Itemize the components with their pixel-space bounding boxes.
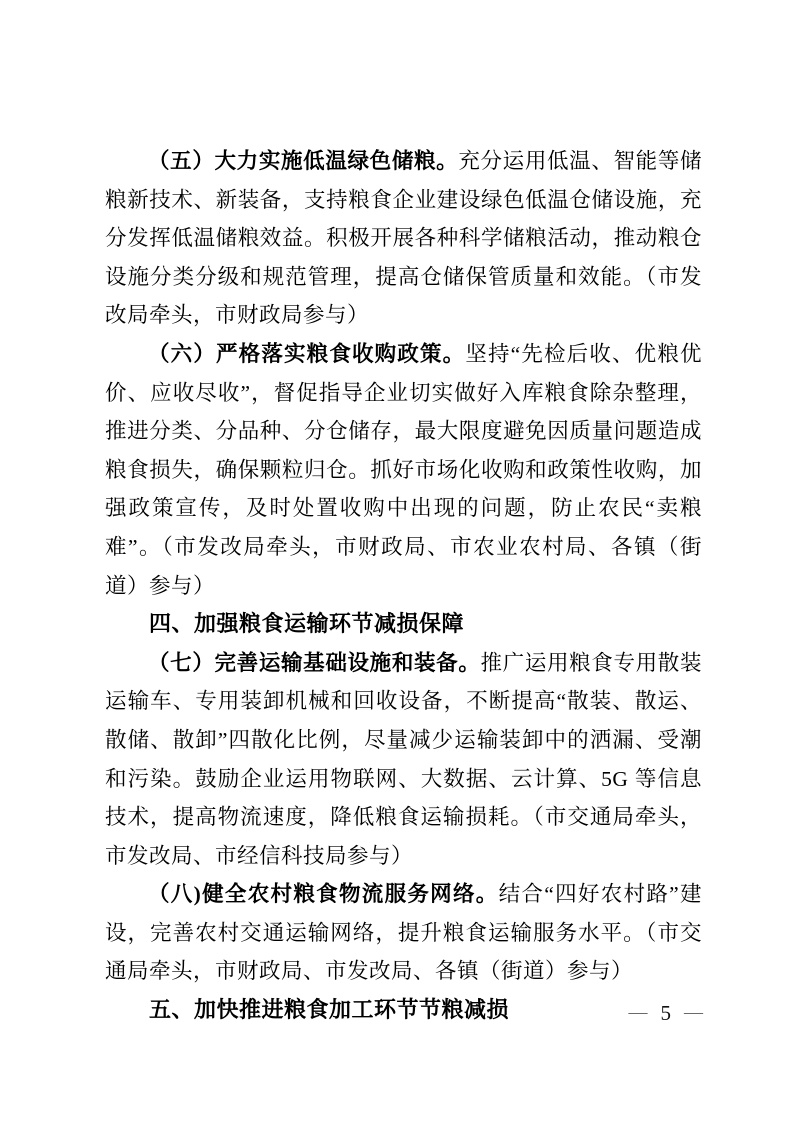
section-heading-4: 四、加强粮食运输环节减损保障	[105, 605, 702, 644]
page-number-left-dash: —	[629, 1001, 648, 1025]
paragraph-item-7: （七）完善运输基础设施和装备。推广运用粮食专用散装运输车、专用装卸机械和回收设备…	[105, 644, 702, 876]
document-body: （五）大力实施低温绿色储粮。充分运用低温、智能等储粮新技术、新装备，支持粮食企业…	[105, 142, 702, 1030]
paragraph-item-6-lead: （六）严格落实粮食收购政策。	[148, 342, 465, 366]
paragraph-item-8-lead: （八)健全农村粮食物流服务网络。	[148, 882, 499, 906]
page-number: — 5 —	[629, 1001, 704, 1025]
paragraph-item-5-text: 充分运用低温、智能等储粮新技术、新装备，支持粮食企业建设绿色低温仓储设施，充分发…	[105, 149, 702, 327]
paragraph-item-8: （八)健全农村粮食物流服务网络。结合“四好农村路”建设，完善农村交通运输网络，提…	[105, 875, 702, 991]
paragraph-item-7-text: 推广运用粮食专用散装运输车、专用装卸机械和回收设备，不断提高“散装、散运、散储、…	[105, 651, 702, 868]
paragraph-item-7-lead: （七）完善运输基础设施和装备。	[148, 651, 480, 675]
document-page: （五）大力实施低温绿色储粮。充分运用低温、智能等储粮新技术、新装备，支持粮食企业…	[0, 0, 793, 1122]
paragraph-item-5: （五）大力实施低温绿色储粮。充分运用低温、智能等储粮新技术、新装备，支持粮食企业…	[105, 142, 702, 335]
page-number-value: 5	[661, 1001, 672, 1025]
paragraph-item-6: （六）严格落实粮食收购政策。坚持“先检后收、优粮优价、应收尽收”，督促指导企业切…	[105, 335, 702, 605]
paragraph-item-5-lead: （五）大力实施低温绿色储粮。	[148, 149, 458, 173]
section-heading-5: 五、加快推进粮食加工环节节粮减损	[105, 991, 702, 1030]
page-number-right-dash: —	[684, 1001, 703, 1025]
paragraph-item-6-text: 坚持“先检后收、优粮优价、应收尽收”，督促指导企业切实做好入库粮食除杂整理，推进…	[105, 342, 702, 598]
